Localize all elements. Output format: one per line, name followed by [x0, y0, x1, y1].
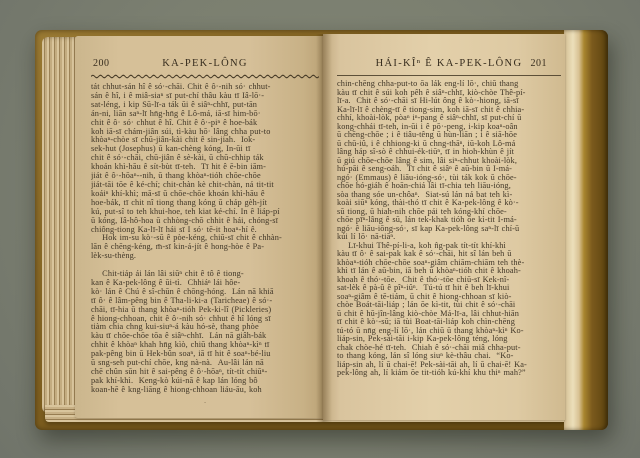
left-page-header: 200 KA-PEK-LÔNG: [91, 58, 319, 71]
text-line: chāi, tī-hia ū thang khòaⁿ-tióh Pek-ki-l…: [91, 306, 319, 315]
right-page-content: HÁI-KÎⁿ Ê KA-PEK-LÔNG 201 chin-chēng chh…: [337, 34, 561, 378]
signature-mark: ·: [91, 399, 319, 407]
text-line: sek-hut (Josephus) ū kan-chèng kóng, In-…: [91, 145, 319, 154]
text-line: hoe-bák, tī chit nî tiong thang kóng ū c…: [91, 199, 319, 208]
right-page-edges: [564, 30, 608, 430]
text-line: [91, 261, 319, 270]
text-line: liáp-sin ah, lí ū chai-ē! Pek-sài-tāi ah…: [337, 361, 561, 370]
text-line: tú-tó ū nn̄g eng-lí lō·, lán chiū ū than…: [337, 327, 561, 336]
text-line: lī-a. Chit ê só·-chāi sī Hi-lút ông ê kò…: [337, 97, 561, 106]
text-line: pak khí-khì. Keng-kò kúi-nā ê kap lán ló…: [91, 377, 319, 386]
text-line: ū chū-iû, i ê chhiong-ki ū chng-thāⁿ, iū…: [337, 140, 561, 149]
text-line: chit ê ô· só· chhut ê hî. Chit ê ô·-piⁿ …: [91, 119, 319, 128]
text-line: Lī-khui Thê-pí-li-a, koh n̂g-pak tít-tít…: [337, 242, 561, 251]
text-line: lān ê chēng-kéng, m̄-sī kin-á-jít ê hong…: [91, 243, 319, 252]
photo-background: 200 KA-PEK-LÔNG tát chhut-sán hî ê só·-c…: [0, 0, 640, 458]
text-line: lâng háp sî-sò ê chhui-ék-tiūⁿ, tī in hi…: [337, 148, 561, 157]
text-line: chiông-tiong Ka-lī-lī hái sī I só· tē-it…: [91, 226, 319, 235]
text-line: chhí, khoài-lòk, pòaⁿ iⁿ-pang ê siâⁿ-chh…: [337, 114, 561, 123]
left-page: 200 KA-PEK-LÔNG tát chhut-sán hî ê só·-c…: [75, 36, 323, 418]
text-line: chōe pīⁿ-lâng ê sū, lán tek-khak tióh ōe…: [337, 216, 561, 225]
right-page: HÁI-KÎⁿ Ê KA-PEK-LÔNG 201 chin-chēng chh…: [323, 34, 565, 420]
wavy-header-rule: [91, 74, 319, 79]
text-line: Hok im-su kò·-sū ê pòe-kéng, chiū-sī chi…: [91, 234, 319, 243]
left-running-title: KA-PEK-LÔNG: [91, 58, 319, 69]
text-line: sū tiong, ū hiah-nih chōe pái teh kóng-k…: [337, 208, 561, 217]
text-line: khòaⁿ-chòe sī chū-jiân-kài chit ê sin-ji…: [91, 136, 319, 145]
text-line: to thang kóng, lán sî lóng siuⁿ kè-thâu …: [337, 352, 561, 361]
text-line: koài siūⁿ kóng, thài-thó tī chit ê Ka-pe…: [337, 199, 561, 208]
right-page-text: chin-chēng chha-put-to ōa lák eng-lí lō·…: [337, 80, 561, 378]
text-line: khòaⁿ-tióh chōe-chōe soaⁿ-giâm chiām-chi…: [337, 259, 561, 268]
text-line: tī ô· ê lâm-pêng bin ê Tha-li-ki-a (Tari…: [91, 297, 319, 306]
header-rule: [337, 75, 561, 76]
text-line: tát chhut-sán hî ê só·-chāi. Chit ê ô·-n…: [91, 83, 319, 92]
text-line: soaⁿ-giâm ê tē-tiám, ū chit ê hiong-chho…: [337, 293, 561, 302]
text-line: ū kóng, Iâ-hô-hoa ū chhòng-chō chhit ê h…: [91, 217, 319, 226]
text-line: Ka-lī-lī ê chèng-tī ê tiong-sim, koh iā-…: [337, 106, 561, 115]
text-line: chōe hó-giáh ê hoān-chiá lâi tī-chia teh…: [337, 182, 561, 191]
text-line: liáp-sin, Pek-sài-tāi i-kip Ka-pek-lông …: [337, 335, 561, 344]
left-page-text: tát chhut-sán hî ê só·-chāi. Chit ê ô·-n…: [91, 83, 319, 395]
text-line: jiát ê ô·-hōaⁿ--nih, ū thang khòaⁿ-tióh …: [91, 172, 319, 181]
right-running-title: HÁI-KÎⁿ Ê KA-PEK-LÔNG: [337, 58, 561, 69]
text-line: khoah ê thó·-tōe. Chit ê thó·-tōe chiū-s…: [337, 276, 561, 285]
text-line: koh iā-sī chám-jiân súi, tì-kàu hō· lâng…: [91, 128, 319, 137]
text-line: chin-chēng chha-put-to ōa lák eng-lí lō·…: [337, 80, 561, 89]
text-line: koan-hē ê kng-liāng ê hiong-chhoan liáu-…: [91, 386, 319, 395]
open-book: 200 KA-PEK-LÔNG tát chhut-sán hî ê só·-c…: [35, 30, 608, 430]
text-line: kú, put-sî to teh khui-hoe, teh kiat ké-…: [91, 208, 319, 217]
book-gutter-shadow: [316, 34, 332, 422]
right-page-header: HÁI-KÎⁿ Ê KA-PEK-LÔNG 201: [337, 58, 561, 71]
text-line: chòe Boát-tāi-liáp ; lán ōe kì-tit, tùi …: [337, 301, 561, 310]
text-line: ngó· ê liāu-iōng-só·, sī kap Ka-pek-lông…: [337, 225, 561, 234]
right-page-number: 201: [531, 58, 548, 69]
text-line: tiàm chia chng kui-siuⁿ-á kàu hó-sè, tha…: [91, 323, 319, 332]
text-line: ū sng-seh put-chí chōe, kng nà-nà. Āu-lâ…: [91, 359, 319, 368]
text-line: kàu tī chōe-chōe tōa ê siâⁿ-chhī. Lán nā…: [91, 332, 319, 341]
text-line: pak-pêng bin ū Hek-bûn soaⁿ, iā tī hit ê…: [91, 350, 319, 359]
text-line: sat-lèk ê pà-û ê pîⁿ-iûⁿ. Tú-tú tī hit ê…: [337, 284, 561, 293]
text-line: kan ê Ka-pek-lông ê ūi-tì. Chhiáⁿ lái hô…: [91, 279, 319, 288]
text-line: pek-lông ah, lí kiám ōe tit-tióh kú-khí …: [337, 369, 561, 378]
text-line: án-ni, liān saⁿ-lī hn̄g-hn̄g ê Lô-má, iā…: [91, 110, 319, 119]
text-line: kò· lán ê Chú ê sî-chūn ê chōng-hóng. Lá…: [91, 288, 319, 297]
text-line: sòa thang sóe un-chôaⁿ. Siat-sú lán ná b…: [337, 191, 561, 200]
left-page-content: 200 KA-PEK-LÔNG tát chhut-sán hî ê só·-c…: [91, 36, 319, 407]
text-line: chit ê só·-chāi, chū-jiân ê sè-kài, ū ch…: [91, 154, 319, 163]
text-line: chhit ê khòaⁿ khah hn̄g kìò, chiū thang …: [91, 341, 319, 350]
text-line: kàu tī chit ê súi koh pêh ê siâⁿ-chhī, k…: [337, 89, 561, 98]
text-line: ū chēng-chōe ; i ê tiâu-têng ū hùn-liān …: [337, 131, 561, 140]
text-line: chak chòe-hé tī-teh. Chiah ê só·-chāi mi…: [337, 344, 561, 353]
text-line: tī chit ê kò·-sū; iā tùi Boat-tāi-liáp k…: [337, 318, 561, 327]
text-line: sat-léng, i kip Sū-lī-a ták ūi ê siâⁿ-ch…: [91, 101, 319, 110]
text-line: kàu tī ô· ê sai-pak kak ê só·-chāi, hit …: [337, 250, 561, 259]
text-line: khì tī lán ê aū-bin, iā beh ū khòaⁿ-tióh…: [337, 267, 561, 276]
text-line: ngó· (Emmaus) ê liāu-ióng-só·, tùi ták k…: [337, 174, 561, 183]
text-line: sán ê hî, i ê miâ-siaⁿ sī put-chí thâu k…: [91, 92, 319, 101]
text-line: kúi lí lō· nā-tiāⁿ.: [337, 233, 561, 242]
text-line: hú-pāi ê seng-oáh. Tī chit ê siâⁿ ê aū-b…: [337, 165, 561, 174]
text-line: jiát-tāi tōe ê ké-chí; chit-chàn kè chit…: [91, 181, 319, 190]
text-line: Chit-tiáp ái lán lâi siūⁿ chit ê tô ê ti…: [91, 270, 319, 279]
text-line: lèk-su-thèng.: [91, 252, 319, 261]
text-line: ū giú chōe-chōe lâng ê sim, lâi siⁿ-chhu…: [337, 157, 561, 166]
text-line: ê hiong-chhoan, chit ê ô·-nih só· chhut …: [91, 315, 319, 324]
text-line: kong-chhái tī-teh, in-ūi i ê pō·-peng, i…: [337, 123, 561, 132]
text-line: chē chûn sūn hit ê sai-pêng ê ô·-hōaⁿ, t…: [91, 368, 319, 377]
text-line: koáiⁿ khí-khì; mā-sī ū chōe-chōe khoán k…: [91, 190, 319, 199]
text-line: khoán khì-hāu ê sít-bùt tī-teh. Tī hit ê…: [91, 163, 319, 172]
text-line: ū chit ê hū-jîn-lâng kiò-chòe Má-lī-a, l…: [337, 310, 561, 319]
